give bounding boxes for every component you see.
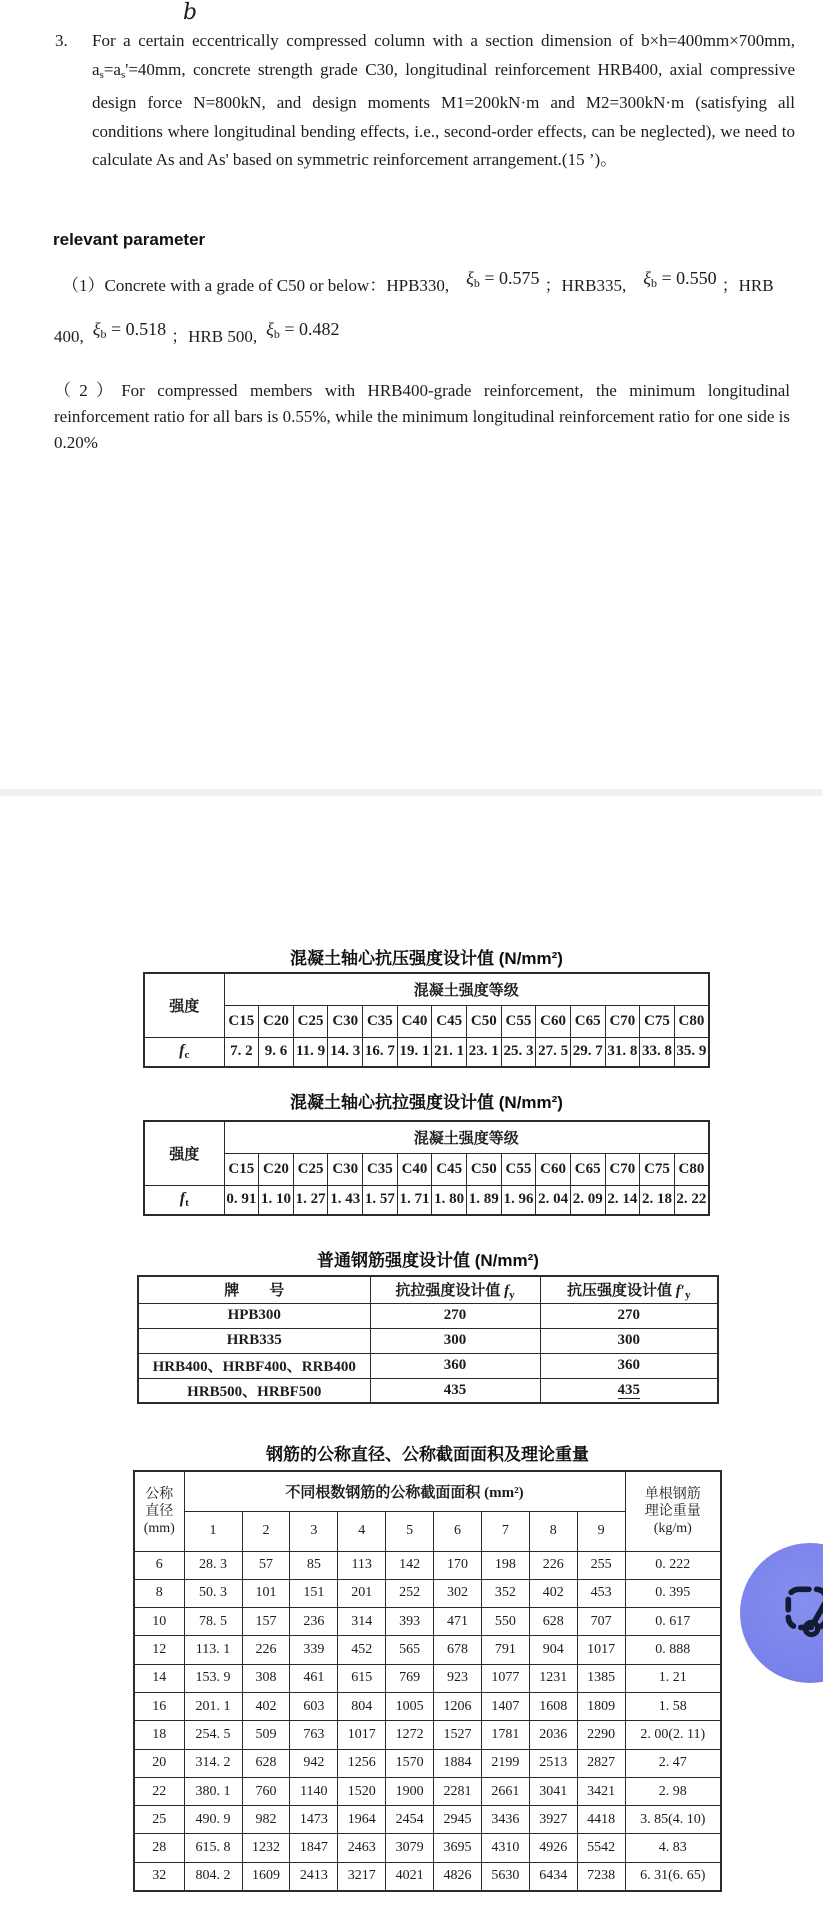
tensile-table-title: 混凝土轴心抗拉强度设计值 (N/mm²)	[143, 1088, 710, 1113]
grade-header-cell: C75	[640, 1153, 675, 1185]
grade-header-cell: C75	[640, 1005, 675, 1037]
area-value-cell: 760	[242, 1777, 290, 1805]
area-value-cell: 1847	[290, 1834, 338, 1862]
text-run: =a	[104, 60, 121, 79]
area-value-cell: 1232	[242, 1834, 290, 1862]
area-value-cell: 615. 8	[184, 1834, 242, 1862]
weight-value-cell: 6. 31(6. 65)	[625, 1862, 721, 1890]
area-value-cell: 763	[290, 1721, 338, 1749]
steel-strength-table: 牌 号 抗拉强度设计值 fy 抗压强度设计值 f′y HPB300270270H…	[137, 1275, 719, 1404]
strength-value-cell: 2. 22	[674, 1185, 709, 1215]
header-row: 强度 混凝土强度等级	[144, 973, 709, 1005]
grade-header-cell: C45	[432, 1005, 467, 1037]
strength-value-cell: 9. 6	[259, 1037, 294, 1067]
xi-value: = 0.482	[280, 319, 340, 339]
count-header-cell: 3	[290, 1511, 338, 1551]
strength-value-cell: 1. 27	[293, 1185, 328, 1215]
xi-symbol: ξ	[466, 268, 474, 288]
area-value-cell: 78. 5	[184, 1608, 242, 1636]
diameter-cell: 25	[134, 1806, 184, 1834]
area-value-cell: 3079	[386, 1834, 434, 1862]
rebar-row: 12113. 122633945256567879190410170. 888	[134, 1636, 721, 1664]
area-value-cell: 1884	[434, 1749, 482, 1777]
strength-value-cell: 1. 43	[328, 1185, 363, 1215]
area-value-cell: 1077	[481, 1664, 529, 1692]
fpy-value: 270	[618, 1307, 641, 1323]
rebar-row: 628. 357851131421701982262550. 222	[134, 1551, 721, 1579]
text-run: ；HRB335,	[545, 276, 627, 295]
strength-value-cell: 16. 7	[363, 1037, 398, 1067]
diameter-cell: 12	[134, 1636, 184, 1664]
fpy-value-cell: 360	[540, 1353, 718, 1378]
area-value-cell: 339	[290, 1636, 338, 1664]
diameter-cell: 28	[134, 1834, 184, 1862]
grade-header-cell: C30	[328, 1005, 363, 1037]
area-value-cell: 1964	[338, 1806, 386, 1834]
area-value-cell: 1520	[338, 1777, 386, 1805]
rebar-row: 16201. 1402603804100512061407160818091. …	[134, 1692, 721, 1720]
area-value-cell: 302	[434, 1579, 482, 1607]
area-value-cell: 198	[481, 1551, 529, 1579]
area-value-cell: 402	[529, 1579, 577, 1607]
area-value-cell: 452	[338, 1636, 386, 1664]
area-value-cell: 982	[242, 1806, 290, 1834]
area-value-cell: 28. 3	[184, 1551, 242, 1579]
grade-header-cell: C80	[674, 1005, 709, 1037]
strength-value-cell: 14. 3	[328, 1037, 363, 1067]
grade-header-cell: C40	[397, 1005, 432, 1037]
strength-value-cell: 7. 2	[224, 1037, 259, 1067]
section-heading: relevant parameter	[53, 230, 205, 250]
area-value-cell: 3421	[577, 1777, 625, 1805]
area-value-cell: 3217	[338, 1862, 386, 1890]
diameter-cell: 8	[134, 1579, 184, 1607]
area-value-cell: 3436	[481, 1806, 529, 1834]
area-value-cell: 1527	[434, 1721, 482, 1749]
area-value-cell: 2827	[577, 1749, 625, 1777]
area-value-cell: 153. 9	[184, 1664, 242, 1692]
area-value-cell: 1256	[338, 1749, 386, 1777]
area-value-cell: 615	[338, 1664, 386, 1692]
area-value-cell: 5630	[481, 1862, 529, 1890]
fy-value-cell: 360	[370, 1353, 540, 1378]
diameter-cell: 14	[134, 1664, 184, 1692]
area-value-cell: 707	[577, 1608, 625, 1636]
diameter-cell: 16	[134, 1692, 184, 1720]
grade-header-cell: C50	[466, 1153, 501, 1185]
area-value-cell: 142	[386, 1551, 434, 1579]
diameter-cell: 6	[134, 1551, 184, 1579]
problem-text: For a certain eccentrically compressed c…	[92, 27, 795, 175]
strength-value-cell: 35. 9	[674, 1037, 709, 1067]
fpy-value-cell: 435	[540, 1378, 718, 1403]
area-value-cell: 4418	[577, 1806, 625, 1834]
rebar-row: 28615. 812321847246330793695431049265542…	[134, 1834, 721, 1862]
area-value-cell: 1385	[577, 1664, 625, 1692]
xi-symbol: ξ	[266, 319, 274, 339]
steel-table-title: 普通钢筋强度设计值 (N/mm²)	[137, 1246, 719, 1271]
count-header-cell: 7	[481, 1511, 529, 1551]
area-value-cell: 923	[434, 1664, 482, 1692]
xi-b-formula-3: ξb = 0.518	[93, 304, 166, 360]
xi-symbol: ξ	[93, 319, 101, 339]
steel-grade-row: HPB300270270	[138, 1303, 718, 1328]
diameter-cell: 18	[134, 1721, 184, 1749]
area-value-cell: 461	[290, 1664, 338, 1692]
area-value-cell: 113	[338, 1551, 386, 1579]
problem-number: 3.	[55, 27, 92, 175]
area-value-cell: 4826	[434, 1862, 482, 1890]
strength-corner-cell: 强度	[144, 1121, 224, 1185]
grade-header-cell: C65	[570, 1005, 605, 1037]
area-value-cell: 1017	[338, 1721, 386, 1749]
grade-header-cell: C65	[570, 1153, 605, 1185]
weight-value-cell: 0. 222	[625, 1551, 721, 1579]
diameter-cell: 10	[134, 1608, 184, 1636]
diameter-cell: 20	[134, 1749, 184, 1777]
strength-value-cell: 1. 89	[466, 1185, 501, 1215]
area-value-cell: 1608	[529, 1692, 577, 1720]
parameter-1-line-1: （1）Concrete with a grade of C50 or below…	[54, 260, 814, 311]
weight-value-cell: 2. 98	[625, 1777, 721, 1805]
grade-header-cell: C15	[224, 1153, 259, 1185]
grade-header-cell: C25	[293, 1153, 328, 1185]
area-value-cell: 2290	[577, 1721, 625, 1749]
steel-grade-row: HRB400、HRBF400、RRB400360360	[138, 1353, 718, 1378]
area-value-cell: 1272	[386, 1721, 434, 1749]
section-divider	[0, 789, 823, 796]
area-value-cell: 151	[290, 1579, 338, 1607]
xi-b-formula-4: ξb = 0.482	[266, 304, 339, 360]
grade-group-header: 混凝土强度等级	[224, 1121, 709, 1153]
area-value-cell: 471	[434, 1608, 482, 1636]
diameter-header-cell: 公称 直径 (mm)	[134, 1471, 184, 1551]
area-value-cell: 1140	[290, 1777, 338, 1805]
steel-grade-row: HRB335300300	[138, 1328, 718, 1353]
area-value-cell: 2199	[481, 1749, 529, 1777]
area-value-cell: 550	[481, 1608, 529, 1636]
grade-header-cell: C30	[328, 1153, 363, 1185]
area-value-cell: 7238	[577, 1862, 625, 1890]
area-value-cell: 57	[242, 1551, 290, 1579]
area-value-cell: 85	[290, 1551, 338, 1579]
area-value-cell: 380. 1	[184, 1777, 242, 1805]
strength-value-cell: 31. 8	[605, 1037, 640, 1067]
steel-grade-cell: HRB500、HRBF500	[138, 1378, 370, 1403]
fpy-column-header: 抗压强度设计值 f′y	[540, 1276, 718, 1303]
grade-header-cell: C20	[259, 1005, 294, 1037]
area-value-cell: 50. 3	[184, 1579, 242, 1607]
strength-value-cell: 1. 57	[363, 1185, 398, 1215]
parameter-2: （2）For compressed members with HRB400-gr…	[54, 378, 790, 456]
diameter-cell: 32	[134, 1862, 184, 1890]
weight-value-cell: 0. 617	[625, 1608, 721, 1636]
xi-symbol: ξ	[643, 268, 651, 288]
area-value-cell: 226	[242, 1636, 290, 1664]
fpy-value: 360	[618, 1357, 641, 1373]
strength-value-cell: 1. 71	[397, 1185, 432, 1215]
strength-corner-cell: 强度	[144, 973, 224, 1037]
area-value-cell: 314. 2	[184, 1749, 242, 1777]
area-value-cell: 1900	[386, 1777, 434, 1805]
fy-column-header: 抗拉强度设计值 fy	[370, 1276, 540, 1303]
grade-header-cell: C70	[605, 1005, 640, 1037]
area-value-cell: 791	[481, 1636, 529, 1664]
area-value-cell: 2463	[338, 1834, 386, 1862]
text-run: 直径	[135, 1503, 184, 1520]
area-value-cell: 393	[386, 1608, 434, 1636]
count-header-cell: 5	[386, 1511, 434, 1551]
problem-statement: 3. For a certain eccentrically compresse…	[55, 27, 795, 175]
strength-value-cell: 2. 09	[570, 1185, 605, 1215]
f-subscript: y	[509, 1289, 515, 1301]
fpy-value-cell: 270	[540, 1303, 718, 1328]
area-value-cell: 6434	[529, 1862, 577, 1890]
steel-grade-row: HRB500、HRBF500435435	[138, 1378, 718, 1403]
grade-header-cell: C45	[432, 1153, 467, 1185]
strength-value-cell: 27. 5	[536, 1037, 571, 1067]
xi-value: = 0.575	[480, 268, 540, 288]
area-value-cell: 252	[386, 1579, 434, 1607]
area-value-cell: 1231	[529, 1664, 577, 1692]
rebar-row: 850. 31011512012523023524024530. 395	[134, 1579, 721, 1607]
area-value-cell: 1809	[577, 1692, 625, 1720]
area-value-cell: 352	[481, 1579, 529, 1607]
rebar-table-title: 钢筋的公称直径、公称截面面积及理论重量	[133, 1440, 722, 1465]
compressive-table-title: 混凝土轴心抗压强度设计值 (N/mm²)	[143, 944, 710, 969]
area-value-cell: 113. 1	[184, 1636, 242, 1664]
grade-header-cell: C25	[293, 1005, 328, 1037]
area-value-cell: 1005	[386, 1692, 434, 1720]
area-value-cell: 1473	[290, 1806, 338, 1834]
steel-grade-cell: HRB335	[138, 1328, 370, 1353]
area-group-header: 不同根数钢筋的公称截面面积 (mm²)	[184, 1471, 625, 1511]
area-value-cell: 2945	[434, 1806, 482, 1834]
area-value-cell: 1407	[481, 1692, 529, 1720]
rebar-row: 32804. 216092413321740214826563064347238…	[134, 1862, 721, 1890]
grade-header-cell: C50	[466, 1005, 501, 1037]
fy-value-cell: 435	[370, 1378, 540, 1403]
grade-header-cell: C70	[605, 1153, 640, 1185]
fc-label-cell: fc	[144, 1037, 224, 1067]
grade-column-header: 牌 号	[138, 1276, 370, 1303]
steel-grade-cell: HRB400、HRBF400、RRB400	[138, 1353, 370, 1378]
header-row: 牌 号 抗拉强度设计值 fy 抗压强度设计值 f′y	[138, 1276, 718, 1303]
strength-value-cell: 0. 91	[224, 1185, 259, 1215]
area-value-cell: 804	[338, 1692, 386, 1720]
text-run: (mm)	[135, 1520, 184, 1537]
weight-value-cell: 1. 58	[625, 1692, 721, 1720]
grade-header-cell: C40	[397, 1153, 432, 1185]
rebar-row: 1078. 51572363143934715506287070. 617	[134, 1608, 721, 1636]
weight-value-cell: 0. 395	[625, 1579, 721, 1607]
text-run: 抗拉强度设计值	[395, 1283, 500, 1299]
parameter-1: （1）Concrete with a grade of C50 or below…	[54, 260, 814, 362]
area-value-cell: 314	[338, 1608, 386, 1636]
area-value-cell: 804. 2	[184, 1862, 242, 1890]
area-value-cell: 308	[242, 1664, 290, 1692]
concrete-compressive-strength-table: 强度 混凝土强度等级 C15C20C25C30C35C40C45C50C55C6…	[143, 972, 710, 1068]
area-value-cell: 1017	[577, 1636, 625, 1664]
header-row: 公称 直径 (mm) 不同根数钢筋的公称截面面积 (mm²) 单根钢筋 理论重量…	[134, 1471, 721, 1511]
handwritten-note-b: b	[183, 0, 197, 25]
text-run: ；HRB	[722, 276, 774, 295]
area-value-cell: 201. 1	[184, 1692, 242, 1720]
weight-value-cell: 3. 85(4. 10)	[625, 1806, 721, 1834]
text-run: 理论重量	[626, 1503, 721, 1520]
weight-value-cell: 2. 00(2. 11)	[625, 1721, 721, 1749]
area-value-cell: 678	[434, 1636, 482, 1664]
strength-value-cell: 19. 1	[397, 1037, 432, 1067]
weight-value-cell: 2. 47	[625, 1749, 721, 1777]
grade-header-cell: C80	[674, 1153, 709, 1185]
area-value-cell: 509	[242, 1721, 290, 1749]
area-value-cell: 4926	[529, 1834, 577, 1862]
f-subscript: y	[685, 1289, 691, 1301]
grade-header-cell: C60	[536, 1005, 571, 1037]
text-run: '=40mm, concrete strength grade C30, lon…	[92, 60, 795, 170]
area-value-cell: 453	[577, 1579, 625, 1607]
value-row: ft 0. 911. 101. 271. 431. 571. 711. 801.…	[144, 1185, 709, 1215]
area-value-cell: 255	[577, 1551, 625, 1579]
area-value-cell: 1206	[434, 1692, 482, 1720]
area-value-cell: 4310	[481, 1834, 529, 1862]
count-header-cell: 8	[529, 1511, 577, 1551]
grade-header-cell: C35	[363, 1153, 398, 1185]
rebar-row: 14153. 93084616157699231077123113851. 21	[134, 1664, 721, 1692]
text-run: 抗压强度设计值	[567, 1283, 672, 1299]
area-value-cell: 942	[290, 1749, 338, 1777]
text-run: ；HRB 500,	[171, 327, 257, 346]
parameter-1-line-2: 400,ξb = 0.518；HRB 500,ξb = 0.482	[54, 311, 814, 362]
screenshot-search-button[interactable]	[740, 1543, 823, 1683]
area-value-cell: 2413	[290, 1862, 338, 1890]
grade-header-row: C15C20C25C30C35C40C45C50C55C60C65C70C75C…	[144, 1005, 709, 1037]
area-value-cell: 5542	[577, 1834, 625, 1862]
area-value-cell: 769	[386, 1664, 434, 1692]
grade-group-header: 混凝土强度等级	[224, 973, 709, 1005]
area-value-cell: 603	[290, 1692, 338, 1720]
area-value-cell: 1570	[386, 1749, 434, 1777]
fpy-value: 435	[618, 1382, 641, 1399]
strength-value-cell: 1. 10	[259, 1185, 294, 1215]
rebar-row: 25490. 998214731964245429453436392744183…	[134, 1806, 721, 1834]
strength-value-cell: 11. 9	[293, 1037, 328, 1067]
strength-value-cell: 2. 14	[605, 1185, 640, 1215]
f-subscript: t	[185, 1197, 189, 1209]
text-run: 400,	[54, 327, 84, 346]
xi-b-formula-2: ξb = 0.550	[635, 253, 716, 309]
area-value-cell: 2036	[529, 1721, 577, 1749]
xi-b-formula-1: ξb = 0.575	[458, 253, 539, 309]
rebar-row: 18254. 55097631017127215271781203622902.…	[134, 1721, 721, 1749]
fy-value-cell: 300	[370, 1328, 540, 1353]
area-value-cell: 628	[242, 1749, 290, 1777]
xi-value: = 0.518	[106, 319, 166, 339]
weight-value-cell: 1. 21	[625, 1664, 721, 1692]
area-value-cell: 170	[434, 1551, 482, 1579]
area-value-cell: 2281	[434, 1777, 482, 1805]
count-header-cell: 6	[434, 1511, 482, 1551]
area-value-cell: 236	[290, 1608, 338, 1636]
strength-value-cell: 33. 8	[640, 1037, 675, 1067]
area-value-cell: 628	[529, 1608, 577, 1636]
area-value-cell: 4021	[386, 1862, 434, 1890]
strength-value-cell: 21. 1	[432, 1037, 467, 1067]
grade-header-cell: C55	[501, 1005, 536, 1037]
grade-header-cell: C20	[259, 1153, 294, 1185]
strength-value-cell: 2. 04	[536, 1185, 571, 1215]
area-value-cell: 2661	[481, 1777, 529, 1805]
strength-value-cell: 29. 7	[570, 1037, 605, 1067]
area-value-cell: 490. 9	[184, 1806, 242, 1834]
rebar-row: 22380. 176011401520190022812661304134212…	[134, 1777, 721, 1805]
count-header-cell: 4	[338, 1511, 386, 1551]
rebar-row: 20314. 26289421256157018842199251328272.…	[134, 1749, 721, 1777]
area-value-cell: 101	[242, 1579, 290, 1607]
weight-value-cell: 4. 83	[625, 1834, 721, 1862]
crop-search-icon	[779, 1580, 823, 1646]
count-header-cell: 9	[577, 1511, 625, 1551]
unit-weight-header-cell: 单根钢筋 理论重量 (kg/m)	[625, 1471, 721, 1551]
xi-value: = 0.550	[657, 268, 717, 288]
diameter-cell: 22	[134, 1777, 184, 1805]
area-value-cell: 565	[386, 1636, 434, 1664]
concrete-tensile-strength-table: 强度 混凝土强度等级 C15C20C25C30C35C40C45C50C55C6…	[143, 1120, 710, 1216]
document-page: b 3. For a certain eccentrically compres…	[0, 0, 823, 1920]
fy-value-cell: 270	[370, 1303, 540, 1328]
grade-header-cell: C15	[224, 1005, 259, 1037]
area-value-cell: 904	[529, 1636, 577, 1664]
steel-grade-cell: HPB300	[138, 1303, 370, 1328]
area-value-cell: 3927	[529, 1806, 577, 1834]
count-header-cell: 1	[184, 1511, 242, 1551]
area-value-cell: 254. 5	[184, 1721, 242, 1749]
count-header-cell: 2	[242, 1511, 290, 1551]
area-value-cell: 201	[338, 1579, 386, 1607]
area-value-cell: 1781	[481, 1721, 529, 1749]
area-value-cell: 1609	[242, 1862, 290, 1890]
ft-label-cell: ft	[144, 1185, 224, 1215]
text-run: 公称	[135, 1486, 184, 1503]
strength-value-cell: 23. 1	[466, 1037, 501, 1067]
strength-value-cell: 2. 18	[640, 1185, 675, 1215]
strength-value-cell: 25. 3	[501, 1037, 536, 1067]
area-value-cell: 3695	[434, 1834, 482, 1862]
header-row: 强度 混凝土强度等级	[144, 1121, 709, 1153]
grade-header-cell: C35	[363, 1005, 398, 1037]
text-run: （1）Concrete with a grade of C50 or below…	[62, 276, 449, 295]
rebar-area-weight-table: 公称 直径 (mm) 不同根数钢筋的公称截面面积 (mm²) 单根钢筋 理论重量…	[133, 1470, 722, 1892]
weight-value-cell: 0. 888	[625, 1636, 721, 1664]
area-value-cell: 2454	[386, 1806, 434, 1834]
grade-header-cell: C55	[501, 1153, 536, 1185]
area-value-cell: 157	[242, 1608, 290, 1636]
area-value-cell: 402	[242, 1692, 290, 1720]
strength-value-cell: 1. 80	[432, 1185, 467, 1215]
grade-header-cell: C60	[536, 1153, 571, 1185]
strength-value-cell: 1. 96	[501, 1185, 536, 1215]
value-row: fc 7. 29. 611. 914. 316. 719. 121. 123. …	[144, 1037, 709, 1067]
area-value-cell: 226	[529, 1551, 577, 1579]
f-subscript: c	[184, 1049, 189, 1061]
text-run: (kg/m)	[626, 1520, 721, 1537]
text-run: 单根钢筋	[626, 1486, 721, 1503]
area-value-cell: 3041	[529, 1777, 577, 1805]
fpy-value: 300	[618, 1332, 641, 1348]
area-value-cell: 2513	[529, 1749, 577, 1777]
fpy-value-cell: 300	[540, 1328, 718, 1353]
